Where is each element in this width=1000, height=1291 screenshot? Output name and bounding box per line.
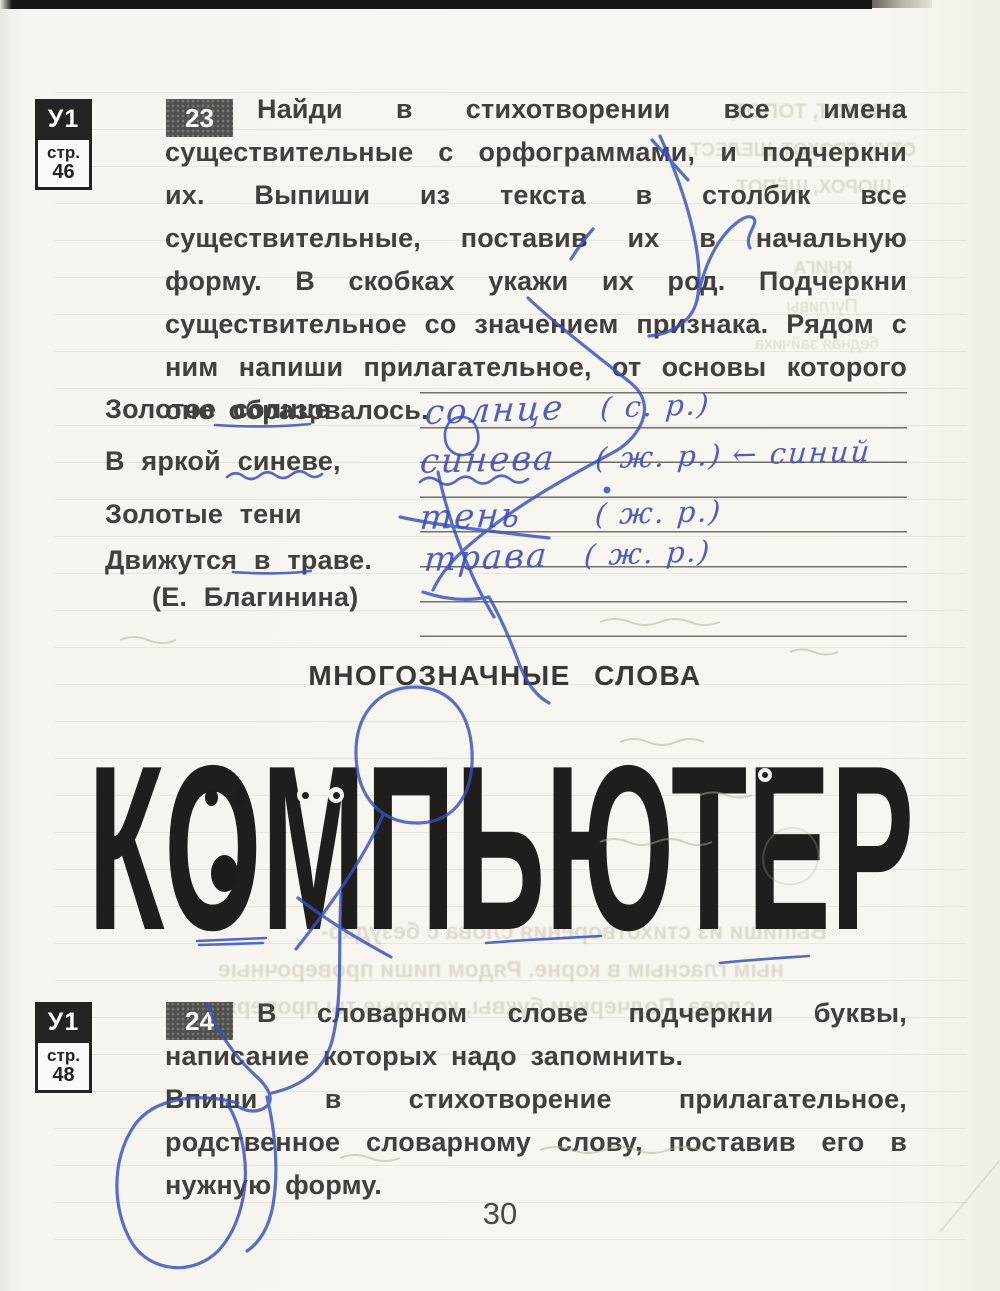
poem-text: Золотое bbox=[105, 394, 233, 424]
poem-word-underlined: синеве bbox=[238, 446, 333, 476]
scan-edge-left bbox=[0, 0, 12, 1291]
margin-badge-u1-48: У1 стр. 48 bbox=[35, 1002, 92, 1093]
badge-page-ref: стр. 48 bbox=[35, 1043, 92, 1093]
exercise-24-text-2: Впиши в стихотворение прилагательное, ро… bbox=[165, 1078, 907, 1207]
exercise-24-text-1: В словарном слове подчеркни буквы, напис… bbox=[165, 992, 907, 1078]
handwritten-gender: ( ж. р.) bbox=[594, 438, 724, 475]
letter-o-mouth-icon bbox=[211, 855, 238, 892]
handwritten-gender: ( ж. р.) bbox=[583, 534, 712, 573]
poem-line-1: Золотое солнце bbox=[105, 394, 330, 425]
poem-text: , bbox=[333, 446, 341, 476]
margin-badge-u1-46: У1 стр. 46 bbox=[35, 99, 92, 190]
poem-word-underlined: солнце bbox=[233, 394, 330, 424]
badge-page-label: стр. bbox=[47, 144, 80, 162]
badge-book-code: У1 bbox=[35, 99, 92, 140]
workbook-page: КЛЕКОТ, ТОПОТ, СТУК, ГРОХОТ, ШЕЛЕСТ, ШОР… bbox=[0, 0, 1000, 1291]
letter-m-eye-icon bbox=[297, 787, 313, 803]
handwritten-gender: ( ж. р.) bbox=[594, 494, 724, 531]
poem-word-underlined: траве bbox=[287, 545, 364, 575]
computer-word-artwork: КОМПЬЮТЕР bbox=[86, 733, 922, 968]
handwritten-word: тень bbox=[418, 495, 522, 538]
scan-edge-top-right bbox=[872, 0, 932, 8]
poem-text: . bbox=[364, 545, 372, 575]
badge-page-label: стр. bbox=[47, 1047, 80, 1065]
poem-text: В яркой bbox=[105, 446, 238, 476]
handwritten-gender: ( с. р.) bbox=[599, 387, 712, 425]
poem-line-4: Движутся в траве. bbox=[105, 545, 372, 576]
scan-edge-top bbox=[0, 0, 872, 9]
badge-page-ref: стр. 46 bbox=[35, 140, 92, 190]
badge-page-number: 46 bbox=[52, 162, 74, 183]
badge-page-number: 48 bbox=[52, 1065, 74, 1086]
handwritten-word: солнце bbox=[424, 388, 566, 433]
badge-book-code: У1 bbox=[35, 1002, 92, 1043]
letter-m-eye-icon bbox=[328, 787, 344, 803]
letter-e-eye-icon bbox=[758, 768, 772, 782]
page-number: 30 bbox=[445, 1196, 555, 1232]
section-heading: МНОГОЗНАЧНЫЕ СЛОВА bbox=[105, 660, 905, 692]
artwork-word-text: КОМПЬЮТЕР bbox=[88, 733, 914, 963]
handwritten-note: ← синий bbox=[731, 434, 873, 472]
poem-text: Движутся в bbox=[105, 545, 287, 575]
handwritten-word: трава bbox=[423, 536, 550, 580]
poem-line-2: В яркой синеве, bbox=[105, 446, 341, 477]
handwritten-word: синева bbox=[418, 438, 557, 482]
letter-o-eye-icon bbox=[205, 789, 218, 806]
poem-line-3: Золотые тени bbox=[105, 499, 302, 530]
poem-author: (Е. Благинина) bbox=[152, 582, 358, 613]
exercise-23-text: Найди в стихотворении все имена существи… bbox=[165, 88, 907, 432]
letter-o-eye-icon bbox=[233, 789, 246, 806]
